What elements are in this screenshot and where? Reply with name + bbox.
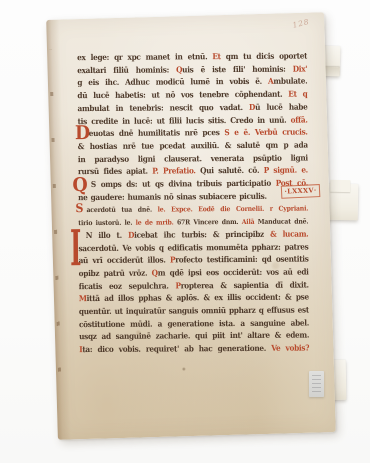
- text-line: N illo t. Dicebat ihc turbis: & principi…: [86, 228, 309, 242]
- text-line: usqz ad sanguinē zacharie. qui piit int'…: [79, 330, 309, 344]
- text-line: aū vrī occiderūt illos. Profecto testifi…: [79, 254, 309, 268]
- text-line: ficatis eoz sepulchra. Propterea & sapie…: [79, 279, 309, 293]
- text-line: tis credite in lucē: ut filii lucis siti…: [78, 114, 308, 128]
- text-line: in paradyso ligni clauserat. venerata ps…: [78, 152, 308, 166]
- illuminated-initial: S: [75, 203, 83, 214]
- text-line: S omps ds: ut qs divina tribuis particip…: [91, 178, 308, 192]
- text-line: ex lege: qr xpc manet in etnū. Et qm tu …: [77, 51, 307, 65]
- illuminated-initial: D: [75, 125, 90, 142]
- shelfmark-label: [309, 371, 324, 397]
- text-line: euotas dnē humilitatis nrē pces S e ē. V…: [89, 127, 308, 141]
- text-line: exaltari filiū hominis: Quis ē iste fili…: [77, 63, 307, 77]
- illuminated-initial: Q: [72, 177, 87, 194]
- folio-number: 128: [292, 17, 311, 30]
- text-line: & hostias nrē tue pcedat auxiliū. & salu…: [78, 139, 308, 153]
- text-line: opibz patrū vrōz. Qm qdē ipsi eos occide…: [79, 266, 309, 280]
- text-line: Mittā ad illos pphas & aplōs. & ex illis…: [79, 292, 309, 306]
- text-line: Ita: dico vobis. requiret' ab hac genera…: [79, 343, 309, 357]
- text-line: quentūr. ut inquiratūr sanguis omniū pph…: [79, 305, 309, 319]
- illuminated-initial: I: [70, 229, 82, 274]
- photograph: 128 ex lege: qr xpc manet in etnū. Et qm…: [0, 0, 370, 463]
- text-line: rursū fides apiat. P. Prefatio. Qui salu…: [78, 165, 308, 179]
- text-line: ne gaudere: humanis nō sinas subiacere p…: [78, 190, 267, 203]
- text-line: ambulat in tenebris: nescit quo vadat. D…: [77, 101, 307, 115]
- text-line: sacerdotū. Ve vobis q edificatis monumēt…: [78, 241, 308, 255]
- fore-edge-tab-middle: [326, 184, 359, 221]
- text-line: dū lucē habetis: ut nō vos tenebre cōphe…: [77, 89, 307, 103]
- feast-number-box: ·LXXXV·: [281, 184, 321, 199]
- text-line: g eis ihc. Adhuc modicū lumē in vobis ē.…: [77, 76, 307, 90]
- text-line: cōstitutione mūdi. a generatione ista. a…: [79, 317, 309, 331]
- text-block: ex lege: qr xpc manet in etnū. Et qm tu …: [77, 51, 309, 373]
- manuscript-leaf: 128 ex lege: qr xpc manet in etnū. Et qm…: [46, 12, 336, 440]
